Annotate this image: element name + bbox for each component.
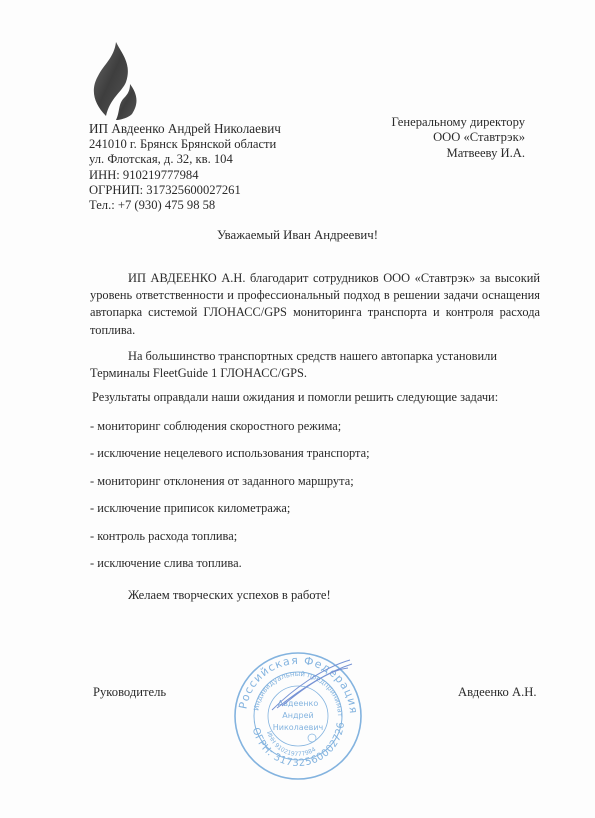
sender-block: ИП Авдеенко Андрей Николаевич 241010 г. … xyxy=(89,121,281,213)
task-item: - мониторинг соблюдения скоростного режи… xyxy=(90,418,370,445)
sender-phone: Тел.: +7 (930) 475 98 58 xyxy=(89,198,281,213)
body-paragraph-1: ИП АВДЕЕНКО А.Н. благодарит сотрудников … xyxy=(90,270,540,339)
sender-name: ИП Авдеенко Андрей Николаевич xyxy=(89,121,281,136)
greeting: Уважаемый Иван Андреевич! xyxy=(0,228,595,243)
sender-address-line2: ул. Флотская, д. 32, кв. 104 xyxy=(89,152,281,167)
sender-ogrnip: ОГРНИП: 317325600027261 xyxy=(89,183,281,198)
svg-text:Авдеенко: Авдеенко xyxy=(278,699,319,708)
task-item: - исключение приписок километража; xyxy=(90,500,370,527)
sender-address-line1: 241010 г. Брянск Брянской области xyxy=(89,137,281,152)
svg-text:Андрей: Андрей xyxy=(282,711,313,720)
results-intro: Результаты оправдали наши ожидания и пом… xyxy=(92,390,498,405)
task-item: - мониторинг отклонения от заданного мар… xyxy=(90,473,370,500)
body-paragraph-2: На большинство транспортных средств наше… xyxy=(90,348,540,382)
recipient-company: ООО «Ставтрэк» xyxy=(391,130,525,145)
recipient-position: Генеральному директору xyxy=(391,115,525,130)
signatory-title: Руководитель xyxy=(93,685,166,700)
svg-text:Николаевич: Николаевич xyxy=(273,723,324,732)
task-item: - исключение нецелевого использования тр… xyxy=(90,445,370,472)
closing-wish: Желаем творческих успехов в работе! xyxy=(128,588,331,603)
signatory-name: Авдеенко А.Н. xyxy=(458,685,536,700)
task-list: - мониторинг соблюдения скоростного режи… xyxy=(90,418,370,582)
flame-logo-icon xyxy=(86,40,156,120)
letter-page: ИП Авдеенко Андрей Николаевич 241010 г. … xyxy=(0,0,595,818)
recipient-block: Генеральному директору ООО «Ставтрэк» Ма… xyxy=(391,115,525,161)
recipient-name: Матвееву И.А. xyxy=(391,146,525,161)
official-stamp-icon: Российская Федерация Индивидуальный пред… xyxy=(232,650,364,782)
task-item: - контроль расхода топлива; xyxy=(90,528,370,555)
sender-inn: ИНН: 910219777984 xyxy=(89,168,281,183)
task-item: - исключение слива топлива. xyxy=(90,555,370,582)
